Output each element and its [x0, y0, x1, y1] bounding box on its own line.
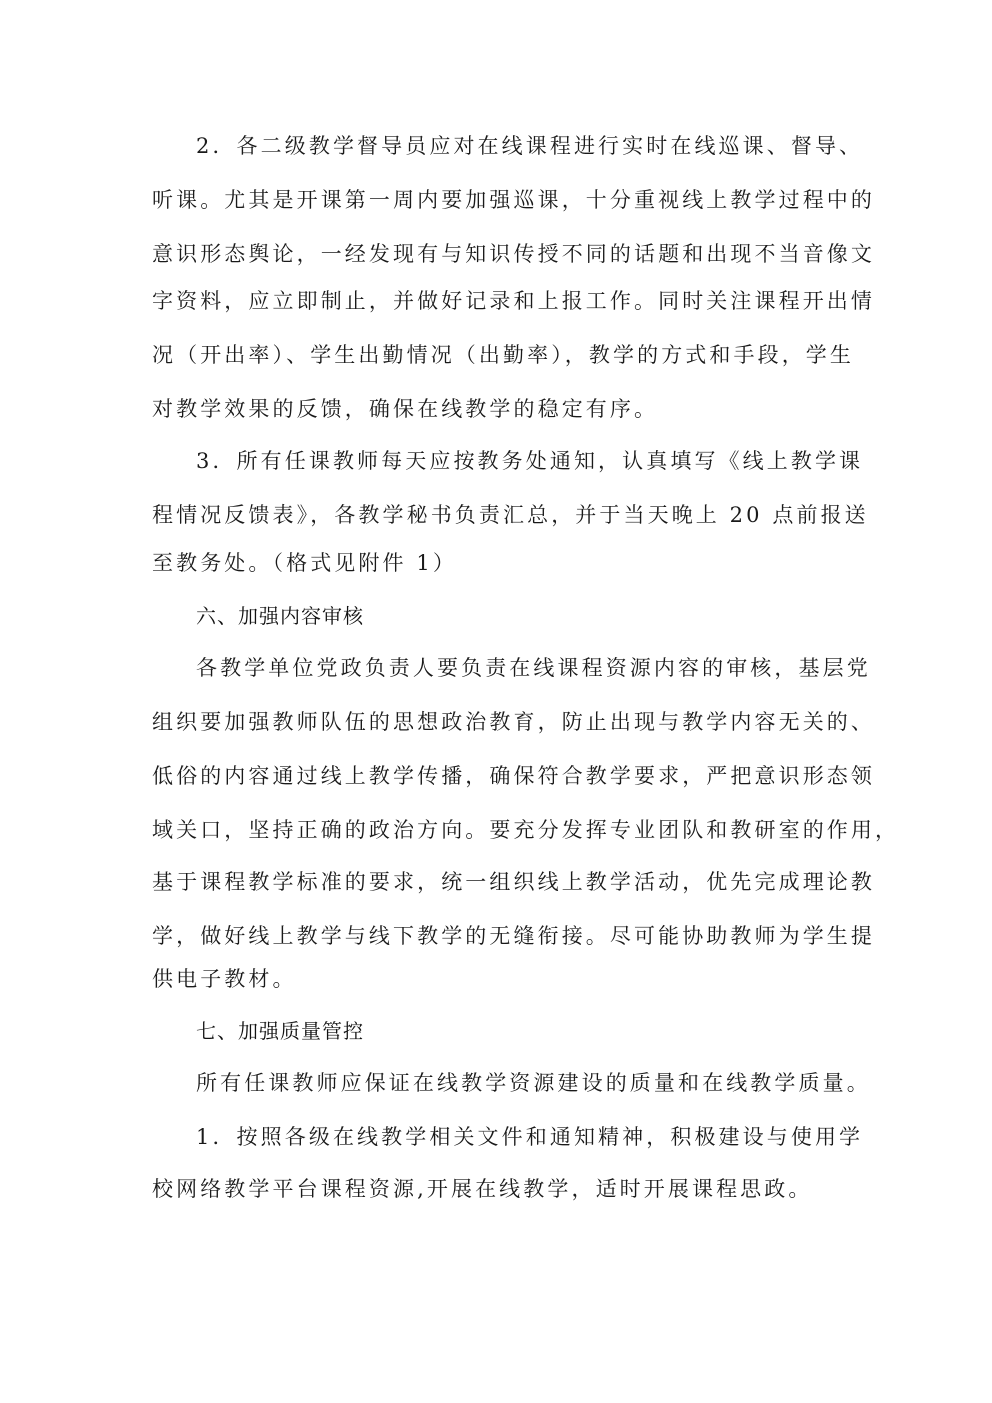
text-line: 对教学效果的反馈，确保在线教学的稳定有序。: [152, 394, 842, 424]
text-line: 1．按照各级在线教学相关文件和通知精神，积极建设与使用学: [196, 1122, 842, 1152]
text-line: 所有任课教师应保证在线教学资源建设的质量和在线教学质量。: [196, 1068, 842, 1098]
text-line: 况（开出率）、学生出勤情况（出勤率），教学的方式和手段，学生: [152, 340, 842, 370]
text-line: 2．各二级教学督导员应对在线课程进行实时在线巡课、督导、: [196, 131, 842, 161]
text-line: 基于课程教学标准的要求，统一组织线上教学活动，优先完成理论教: [152, 867, 842, 897]
text-line: 字资料，应立即制止，并做好记录和上报工作。同时关注课程开出情: [152, 286, 842, 316]
text-line: 各教学单位党政负责人要负责在线课程资源内容的审核，基层党: [196, 653, 842, 683]
text-line: 3．所有任课教师每天应按教务处通知，认真填写《线上教学课: [196, 446, 842, 476]
text-line: 程情况反馈表》，各教学秘书负责汇总，并于当天晚上 20 点前报送: [152, 500, 842, 530]
section-heading: 六、加强内容审核: [196, 601, 364, 631]
text-line: 学，做好线上教学与线下教学的无缝衔接。尽可能协助教师为学生提: [152, 921, 842, 951]
text-line: 供电子教材。: [152, 964, 842, 994]
text-line: 域关口，坚持正确的政治方向。要充分发挥专业团队和教研室的作用，: [152, 815, 842, 845]
section-heading: 七、加强质量管控: [196, 1016, 364, 1046]
text-line: 至教务处。（格式见附件 1）: [152, 548, 842, 578]
text-line: 校网络教学平台课程资源,开展在线教学，适时开展课程思政。: [152, 1174, 842, 1204]
text-line: 听课。尤其是开课第一周内要加强巡课，十分重视线上教学过程中的: [152, 185, 842, 215]
text-line: 意识形态舆论，一经发现有与知识传授不同的话题和出现不当音像文: [152, 239, 842, 269]
text-line: 低俗的内容通过线上教学传播，确保符合教学要求，严把意识形态领: [152, 761, 842, 791]
text-line: 组织要加强教师队伍的思想政治教育，防止出现与教学内容无关的、: [152, 707, 842, 737]
